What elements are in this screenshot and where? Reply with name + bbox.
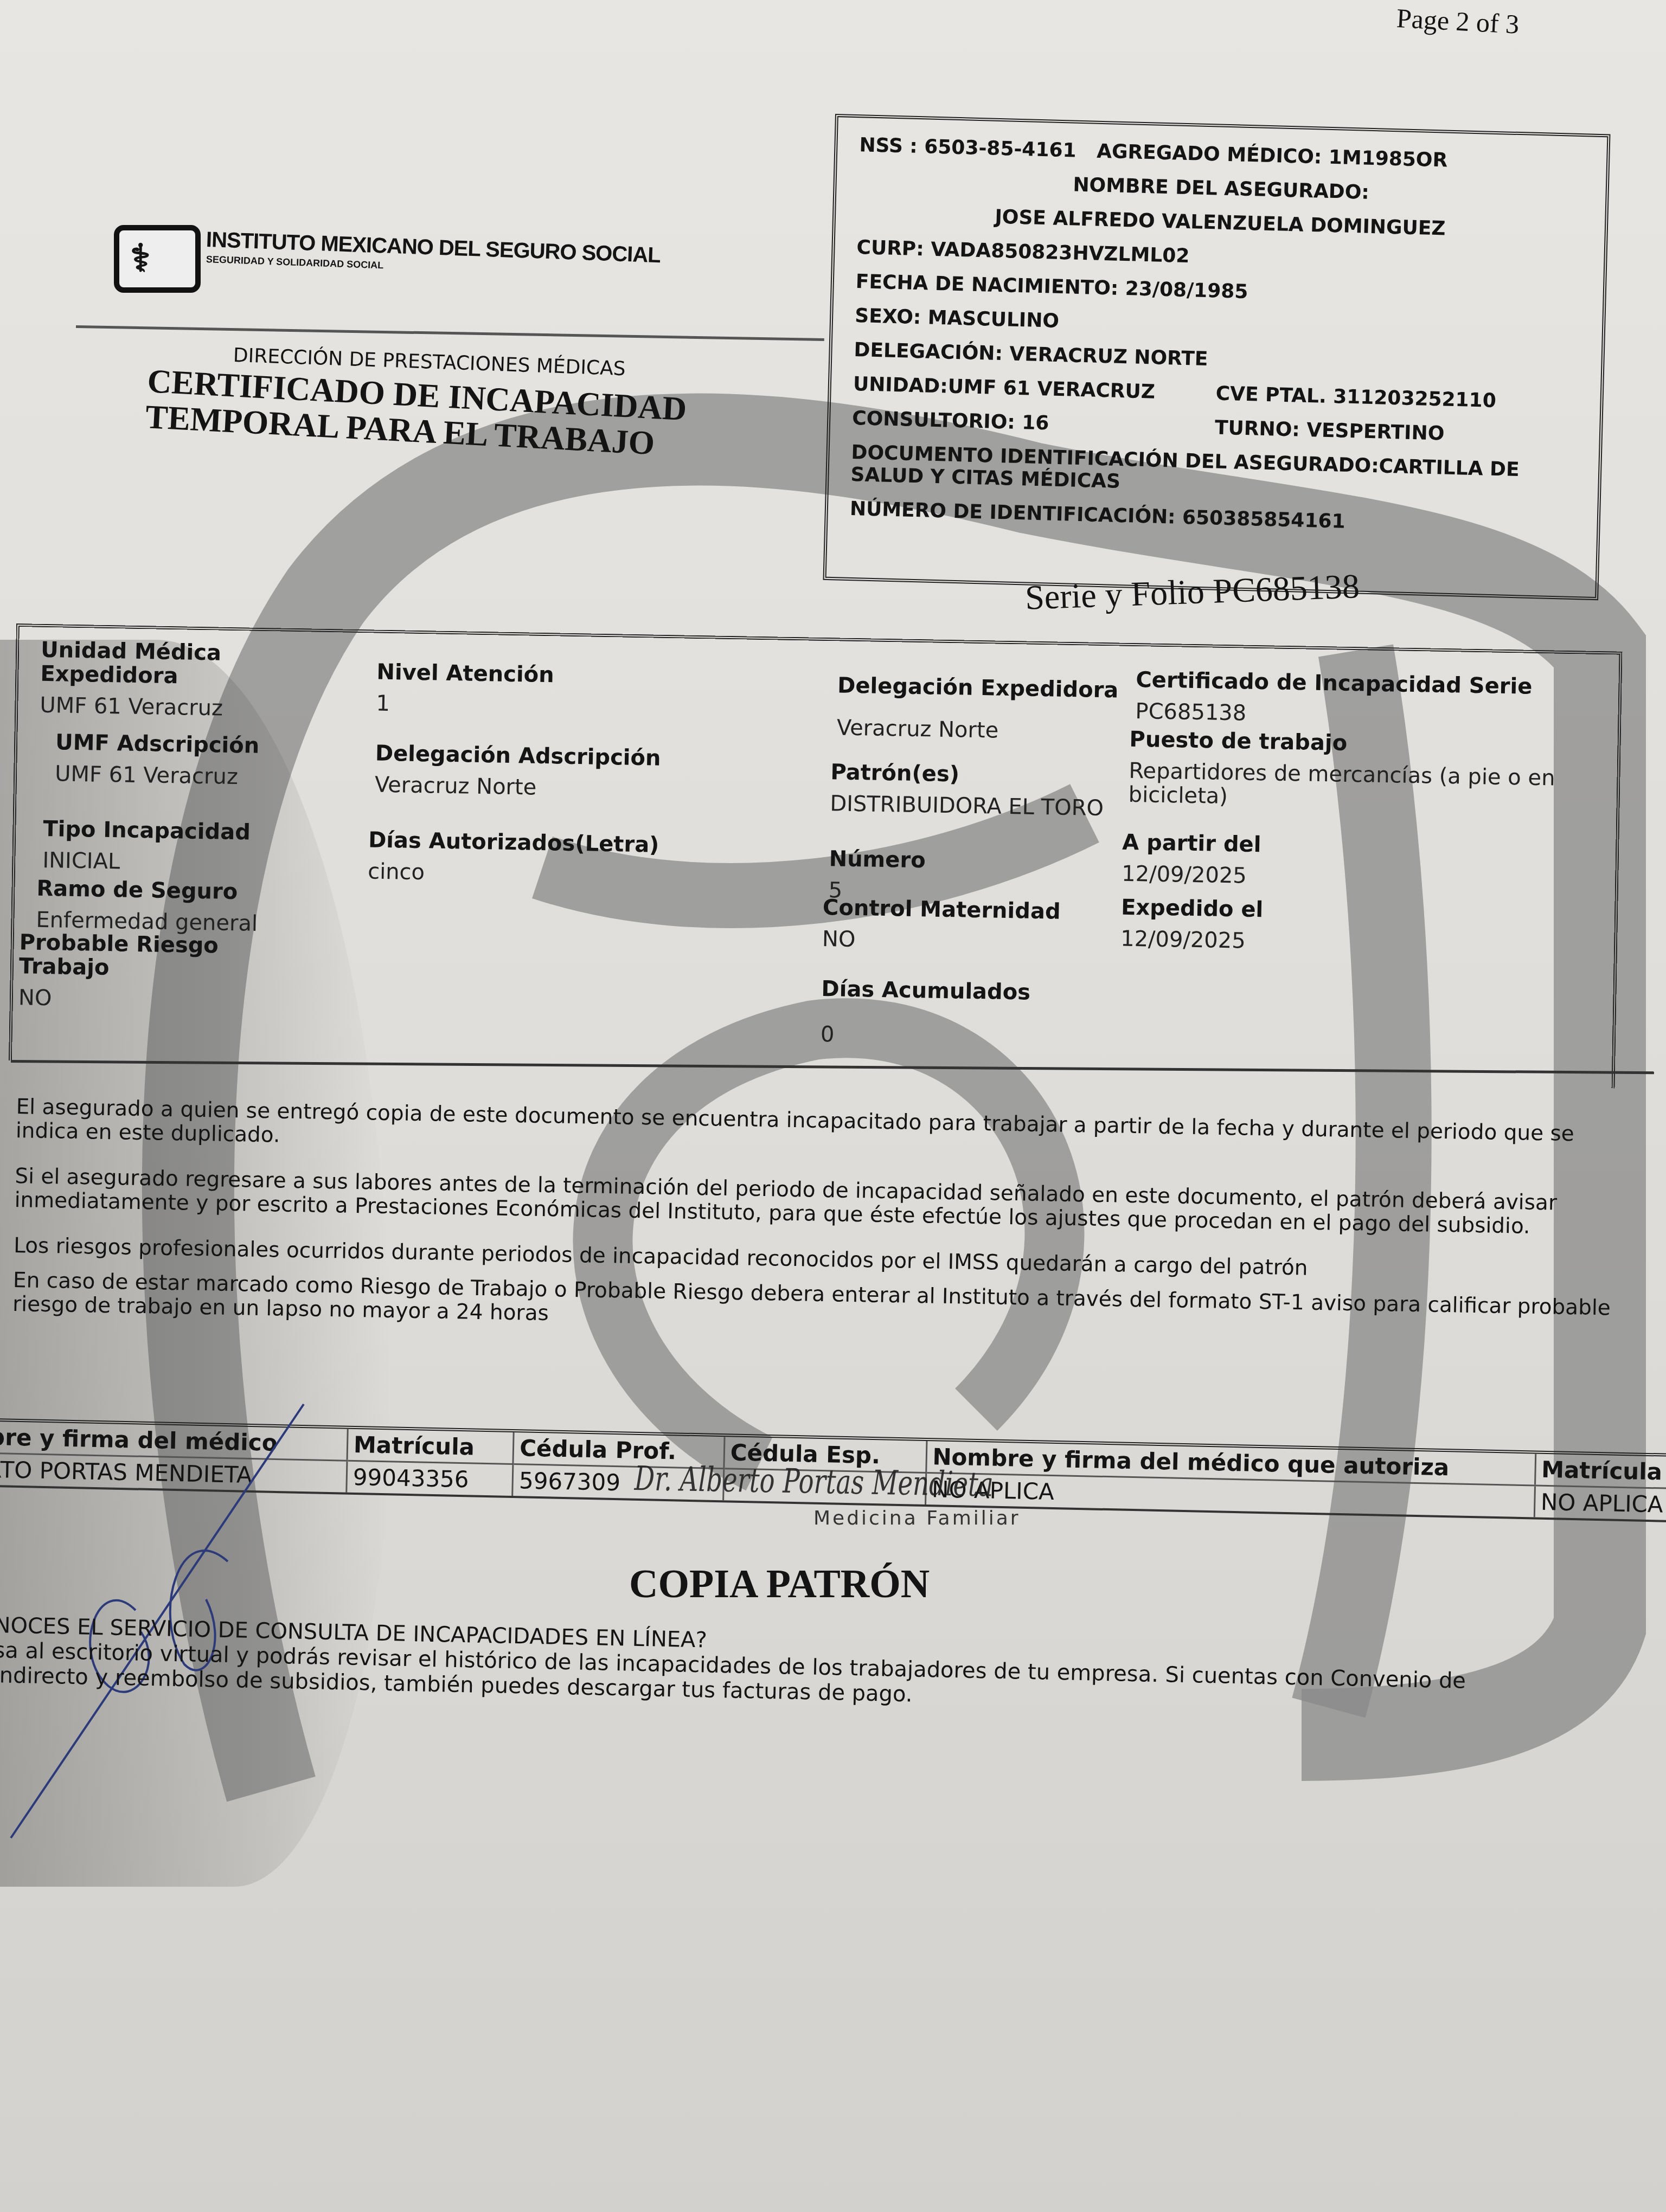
sex-label: SEXO: [855,305,921,329]
nss-value: 6503-85-4161 [924,136,1077,162]
field-delegacion-expedidora: Delegación ExpedidoraVeracruz Norte [836,673,1118,744]
page-indicator: Page 2 of 3 [1396,2,1520,40]
field-umf-adscripcion: UMF AdscripciónUMF 61 Veracruz [55,730,260,789]
col-matricula-auth: Matrícula [1535,1454,1666,1489]
field-puesto: Puesto de trabajoRepartidores de mercanc… [1128,728,1601,815]
agregado-value: 1M1985OR [1328,146,1447,172]
field-nivel-atencion: Nivel Atención1 [376,660,554,719]
field-unidad-expedidora: Unidad Médica ExpedidoraUMF 61 Veracruz [40,638,344,723]
field-expedido: Expedido el12/09/2025 [1120,896,1264,954]
sex-value: MASCULINO [927,307,1059,332]
field-probable-riesgo: Probable Riesgo TrabajoNO [18,930,258,1014]
field-ramo-seguro: Ramo de SeguroEnfermedad general [36,877,258,936]
copy-label: COPIA PATRÓN [629,1561,930,1607]
cve-label: CVE PTAL. [1215,383,1327,408]
id-number-label: NÚMERO DE IDENTIFICACIÓN: [849,498,1176,529]
cve-value: 311203252110 [1333,385,1497,412]
certificate-details: Unidad Médica ExpedidoraUMF 61 Veracruz … [9,623,1623,1089]
birth-value: 23/08/1985 [1125,278,1248,303]
shift-value: VESPERTINO [1306,419,1445,445]
field-dias-letra: Días Autorizados(Letra)cinco [368,828,659,888]
authorizing-matricula: NO APLICA [1534,1486,1666,1521]
doctor-stamp-specialty: Medicina Familiar [813,1507,1021,1529]
office-value: 16 [1022,411,1049,434]
agregado-label: AGREGADO MÉDICO: [1097,140,1322,169]
insured-info-box: NSS : 6503-85-4161 AGREGADO MÉDICO: 1M19… [823,114,1610,600]
delegation-label: DELEGACIÓN: [854,339,1003,365]
note-2: Si el asegurado regresare a sus labores … [14,1165,1631,1240]
field-patron: Patrón(es)DISTRIBUIDORA EL TORO [830,760,1104,820]
shift-label: TURNO: [1215,417,1300,441]
nss-label: NSS : [859,134,918,158]
insured-name: JOSE ALFREDO VALENZUELA DOMINGUEZ [857,202,1584,243]
imss-logo-icon: ⚕ [114,225,201,293]
curp-label: CURP: [856,236,924,260]
unit-value: UMF 61 VERACRUZ [947,376,1155,403]
office-label: CONSULTORIO: [852,407,1016,434]
delegation-value: VERACRUZ NORTE [1009,343,1208,371]
field-tipo-incapacidad: Tipo IncapacidadINICIAL [42,817,251,876]
birth-label: FECHA DE NACIMIENTO: [855,271,1118,300]
field-dias-acumulados: Días Acumulados0 [821,977,1031,1050]
legal-notes: El asegurado a quien se entregó copia de… [12,1095,1632,1366]
doctor-stamp-signature: Dr. Alberto Portas Mendieta [634,1458,994,1504]
id-number-value: 650385854161 [1182,506,1346,533]
field-delegacion-adscripcion: Delegación AdscripciónVeracruz Norte [375,742,661,802]
field-a-partir: A partir del12/09/2025 [1122,831,1261,888]
curp-value: VADA850823HVZLML02 [931,239,1190,267]
insured-name-label: NOMBRE DEL ASEGURADO: [858,168,1584,209]
field-control-maternidad: Control MaternidadNO [822,896,1061,955]
unit-label: UNIDAD: [853,373,948,398]
field-cert-serie: Certificado de Incapacidad SeriePC685138 [1135,668,1533,730]
